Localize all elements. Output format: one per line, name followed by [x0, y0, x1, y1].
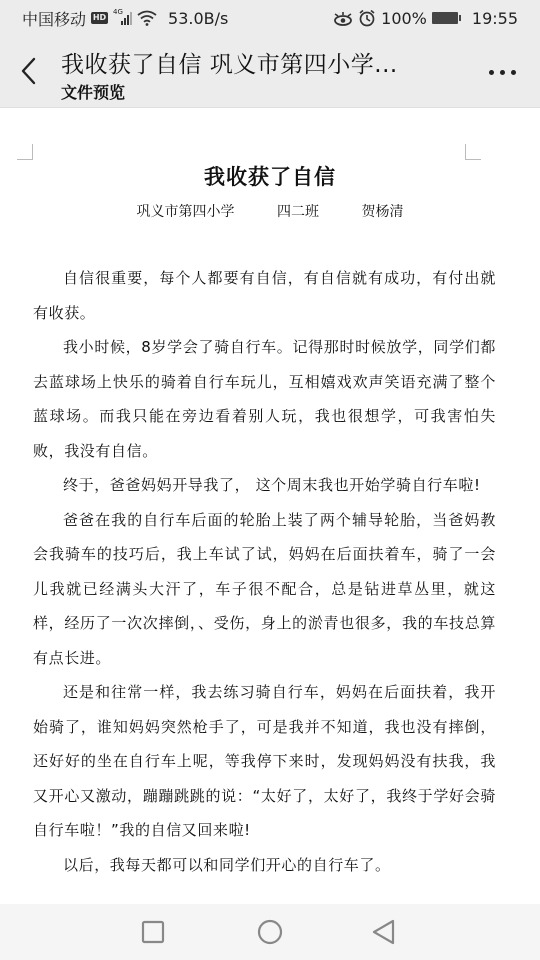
- circle-home-icon: [256, 918, 284, 946]
- header-subtitle: 文件预览: [61, 80, 125, 103]
- network-type-label: 4G: [113, 8, 123, 16]
- page-corner-mark-right: [465, 144, 481, 160]
- more-options-button[interactable]: [489, 70, 516, 75]
- clock-time: 19:55: [472, 9, 518, 28]
- back-button[interactable]: [16, 56, 42, 86]
- paragraph: 我小时候，8岁学会了骑自行车。记得那时时候放学，同学们都去蓝球场上快乐的骑着自行…: [33, 330, 496, 468]
- header-title: 我收获了自信 巩义市第四小学...: [61, 46, 441, 79]
- app-header: 我收获了自信 巩义市第四小学... 文件预览: [0, 36, 540, 108]
- status-bar-left: 中国移动 HD 4G 53.0B/s: [22, 7, 228, 30]
- status-bar: 中国移动 HD 4G 53.0B/s: [0, 0, 540, 36]
- status-bar-right: 100% 19:55: [333, 9, 518, 28]
- eye-icon: [333, 10, 353, 26]
- more-horizontal-icon: [489, 70, 494, 75]
- paragraph: 自信很重要，每个人都要有自信，有自信就有成功，有付出就有收获。: [33, 261, 496, 330]
- document-byline: 巩义市第四小学 四二班 贺杨清: [0, 201, 540, 221]
- system-back-button[interactable]: [370, 918, 398, 946]
- chevron-left-icon: [16, 56, 42, 86]
- byline-class: 四二班: [277, 204, 319, 220]
- battery-icon: [432, 12, 461, 24]
- byline-author: 贺杨清: [361, 204, 403, 220]
- byline-school: 巩义市第四小学: [137, 204, 235, 220]
- hd-icon: HD: [91, 12, 108, 24]
- triangle-back-icon: [370, 918, 398, 946]
- paragraph: 终于，爸爸妈妈开导我了， 这个周末我也开始学骑自行车啦!: [33, 468, 496, 503]
- net-speed: 53.0B/s: [168, 9, 228, 28]
- document-title: 我收获了自信: [0, 161, 540, 191]
- signal-icon: 4G: [113, 11, 132, 25]
- paragraph: 爸爸在我的自行车后面的轮胎上装了两个辅导轮胎，当爸妈教会我骑车的技巧后，我上车试…: [33, 503, 496, 676]
- document-preview[interactable]: 我收获了自信 巩义市第四小学 四二班 贺杨清 自信很重要，每个人都要有自信，有自…: [0, 109, 540, 904]
- recent-apps-button[interactable]: [139, 918, 167, 946]
- page-corner-mark-left: [17, 144, 33, 160]
- wifi-icon: [137, 10, 157, 26]
- document-body: 自信很重要，每个人都要有自信，有自信就有成功，有付出就有收获。 我小时候，8岁学…: [33, 261, 496, 882]
- battery-percent: 100%: [381, 9, 427, 28]
- carrier-name: 中国移动: [22, 7, 86, 30]
- alarm-icon: [358, 9, 376, 27]
- home-button[interactable]: [256, 918, 284, 946]
- square-recent-apps-icon: [139, 918, 167, 946]
- paragraph: 还是和往常一样，我去练习骑自行车，妈妈在后面扶着，我开始骑了，谁知妈妈突然枪手了…: [33, 675, 496, 848]
- system-nav-bar: [0, 904, 540, 960]
- paragraph: 以后，我每天都可以和同学们开心的自行车了。: [33, 848, 496, 883]
